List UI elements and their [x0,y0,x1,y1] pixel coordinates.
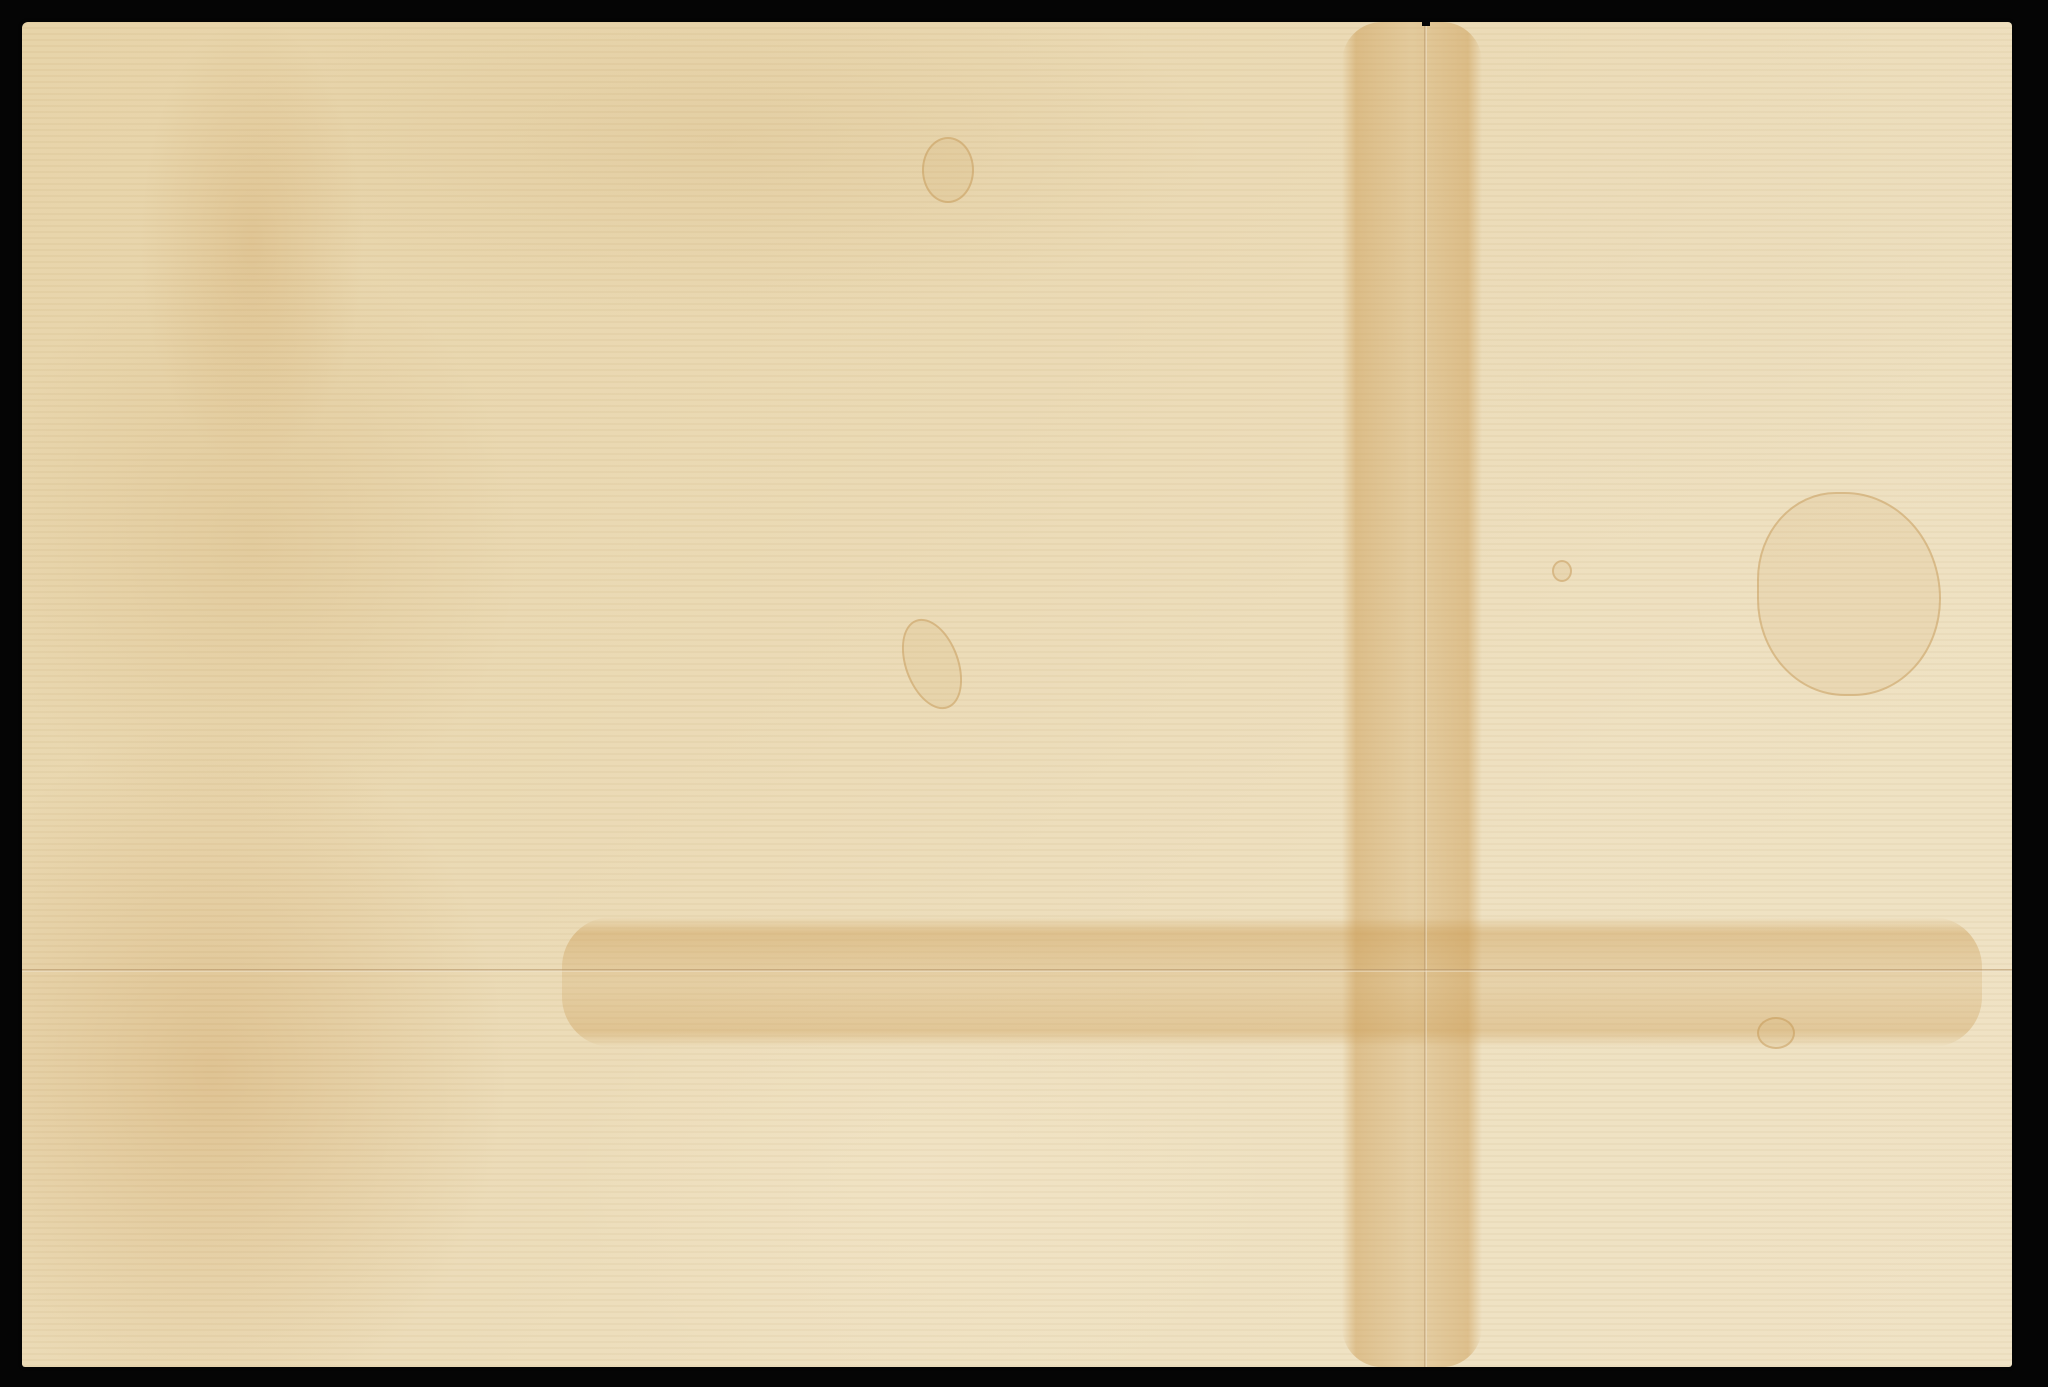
stain-spot [922,137,974,203]
stain-spot [1757,1017,1795,1049]
stain-spot [1757,492,1941,696]
vertical-stain-band [1342,22,1482,1367]
stained-paper-sheet [22,22,2012,1367]
fold-notch [1422,20,1430,26]
stain-spot [1552,560,1572,582]
vertical-fold-line [1424,22,1427,1367]
horizontal-fold-line [22,969,2012,972]
horizontal-stain-band [562,917,1982,1047]
stain-spot [891,611,974,718]
